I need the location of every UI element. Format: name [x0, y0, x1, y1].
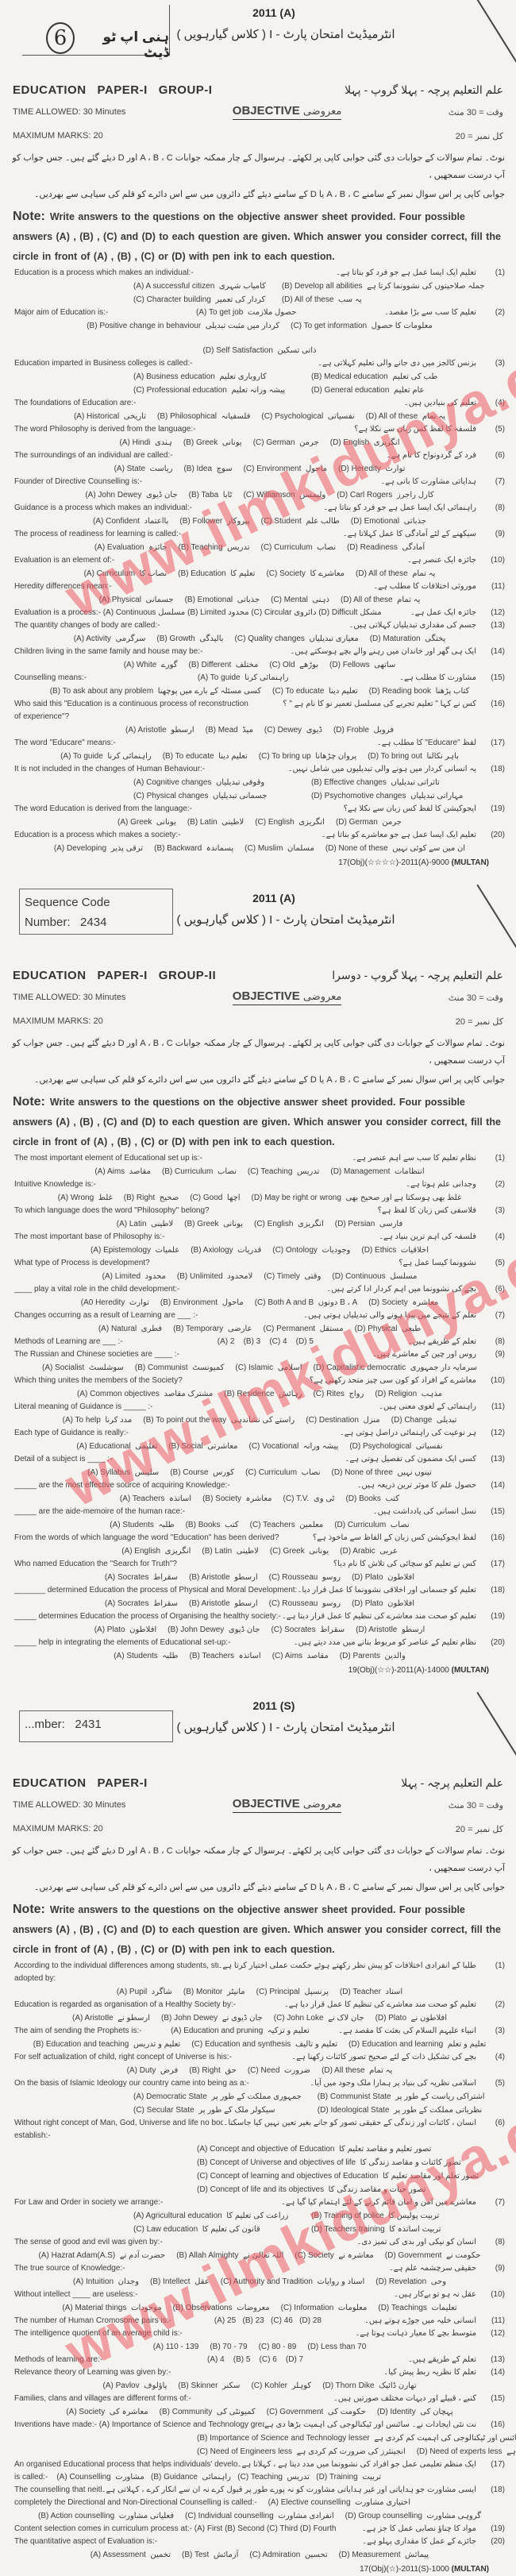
answer-option: (D) Maturation پختگی — [370, 632, 446, 646]
answer-options: (A) Material things موجودات(B) Observati… — [14, 2301, 505, 2315]
question-line: The number of Human Cromosome pairs is:-… — [14, 2315, 505, 2327]
answer-options: (A) Historical تاریخی(B) Philosophical ف… — [14, 410, 505, 423]
question-number: (1) — [487, 267, 505, 280]
question-text-urdu: بچے کی تشکیل ذات کے لئے صحیح تصور کائنات… — [291, 2051, 476, 2064]
question-text: Education is a process which makes a soc… — [14, 829, 181, 842]
answer-option: (C) Teachers معلمین — [250, 1518, 324, 1532]
instructions-note: Note:Write answers to the questions on t… — [8, 203, 508, 267]
note-urdu-line: نوٹ۔ تمام سوالات کے جوابات دی گئی جوابی … — [8, 1841, 508, 1877]
question-number: (14) — [487, 1479, 505, 1492]
question-item: It is not included in the changes of Hum… — [8, 763, 508, 803]
answer-option: (C) Both A and B دونوں B ، A — [255, 1296, 358, 1309]
question-text: The Russian and Chinese societies are __… — [14, 1348, 179, 1361]
answer-option: (B) Education تعلیم کا — [178, 567, 255, 580]
answer-option: (D) All of these یہ تمام — [341, 593, 420, 607]
question-text-urdu: عقل نہ ہو تو بےکار ہیں۔ — [394, 2289, 476, 2301]
answer-option: (C) Curriculum نصاب — [261, 541, 336, 554]
answer-option: (B) Develop all abilities جملہ صلاحیتوں … — [282, 280, 485, 293]
question-line: The most important base of Philosophy is… — [14, 1231, 505, 1244]
answer-option: (D) Concept of life and its objectives ت… — [197, 2183, 489, 2196]
answer-option: (C) Old بوڑھے — [269, 658, 318, 672]
answer-option: (C) Admiration تحسین — [249, 2548, 327, 2562]
answer-option: (C) Character building کردار کی تعمیر — [133, 293, 266, 307]
answer-option: (A) 110 - 139 — [153, 2340, 199, 2354]
paper-title-urdu: علم التعلیم پرچہ - پہلا گروپ - پہلا — [345, 83, 508, 97]
question-text-continued: of experience"? — [14, 711, 69, 723]
question-number: (20) — [487, 1637, 505, 1649]
maximum-marks: MAXIMUM MARKS: 20 — [13, 131, 103, 141]
question-text: The word "Educare" means:- — [14, 737, 116, 750]
question-urdu-group: جسم کی مقداری تبدیلیاں کہلاتی ہیں۔(13) — [349, 619, 505, 632]
question-line: Relevance theory of Learning was given b… — [14, 2366, 505, 2379]
note-text: Write answers to the questions on the ob… — [13, 1097, 501, 1147]
question-number: (11) — [487, 2315, 505, 2327]
question-text: Methods of Learning are ___ :- — [14, 1336, 123, 1348]
question-text: Relevance theory of Learning was given b… — [14, 2366, 171, 2379]
answer-option: (A) Hindi ہندی — [120, 436, 172, 449]
answer-option: (B) Allah Almighty اللہ تعالیٰ نے — [176, 2249, 283, 2262]
question-urdu-group: ہر نوعیت کی راہنمائی دراصل ہوتی ہے۔(12) — [340, 1427, 505, 1440]
answer-option: (A) Cognitive changes وقوفی تبدیلیاں — [133, 776, 295, 789]
question-item: Founder of Directive Counselling is:-ہدا… — [8, 476, 508, 502]
question-number: (6) — [487, 1283, 505, 1296]
exam-paper: Sequence CodeNumber: 24342011 (A)انٹرمیڈ… — [8, 885, 508, 1693]
exam-title-urdu: انٹرمیڈیٹ امتحان پارٹ - I ( کلاس گیارہوی… — [175, 912, 397, 927]
objective-label-urdu: معروضی — [303, 990, 342, 1002]
answer-option: (A) Pupil شاگرد — [117, 1985, 172, 1999]
question-number: (13) — [487, 2354, 505, 2366]
answer-option: (C) Mental ذہنی — [271, 593, 329, 607]
answer-option: (C) Curriculum نصاب — [245, 1466, 320, 1479]
answer-option: (A) Educational تعلیمی — [76, 1440, 157, 1453]
answer-option: (D) Capitalistic democratic سرمایہ دار ج… — [314, 1361, 477, 1375]
answer-option: (D) Teacher استاد — [340, 1985, 402, 1999]
answer-option: (C) John Loke جان لاک نے — [274, 2011, 364, 2025]
question-line: The quantity changes of body are called:… — [14, 619, 505, 632]
answer-option: (B) To point out the way راستے کی نشاندہ… — [143, 1413, 295, 1427]
answer-option: (D) Parents والدین — [340, 1649, 406, 1663]
question-number: (15) — [487, 2393, 505, 2405]
answer-option: (C) Principal پرنسپل — [256, 1985, 329, 1999]
question-text: Education is regarded as organisation of… — [14, 1999, 236, 2011]
answer-option: (B) Action counselling فعلیاتی مشاورت — [38, 2509, 174, 2523]
question-urdu-group: کس نے کہا " تعلیم تجربے کی مسلسل تعمیر ن… — [283, 698, 505, 711]
answer-option: (A) Assessment تخمین — [90, 2548, 171, 2562]
question-text: Each type of Guidance is really:- — [14, 1427, 129, 1440]
question-urdu-group: عقل نہ ہو تو بےکار ہیں۔(10) — [394, 2289, 505, 2301]
answer-option: (A) Aristotle ارسطو — [125, 723, 194, 737]
answer-option: (C) Physical changes جسمانی تبدیلیاں — [133, 789, 295, 803]
answer-options: (B) Positive change in behaviour کردار م… — [14, 319, 505, 357]
question-line: The Russian and Chinese societies are __… — [14, 1348, 505, 1361]
question-number: (14) — [487, 646, 505, 658]
answer-options: (A) English انگریزی(B) Latin لاطینی(C) G… — [14, 1544, 505, 1558]
answer-options: (B) Importance of Science and Technology… — [14, 2431, 505, 2458]
question-item: Counselling means:-(A) To guide راہنمائی… — [8, 672, 508, 698]
question-number: (20) — [487, 2536, 505, 2548]
answer-option: (C) Muslim مسلمان — [245, 842, 314, 855]
question-urdu-group: ہدایاتی مشاورت کا بانی ہے۔(7) — [380, 476, 505, 488]
question-text-urdu: نت نئی ایجادات نے۔ سائنس اور ٹیکنالوجی ک… — [264, 2419, 476, 2431]
question-item: The aim of sending the Prophets is:-(A) … — [8, 2025, 508, 2051]
answer-option: (D) None of three تینوں نہیں — [332, 1466, 432, 1479]
question-item: _____ are the most effective source of a… — [8, 1479, 508, 1506]
question-text-urdu: ایک ہی گھر اور خاندان میں رہنے والے بچے … — [290, 646, 476, 658]
answer-option: (A) Concept and objective of Education ت… — [197, 2142, 489, 2156]
question-text-continued: completely the Directional and Non-Direc… — [14, 2497, 410, 2509]
question-number: (8) — [487, 2236, 505, 2249]
question-text-urdu: تعلم کے طریقے ہیں۔ — [408, 1336, 476, 1348]
answer-option: (D) Self Satisfaction ذاتی تسکین — [203, 344, 317, 357]
answer-options: (A) White گورے(B) Different مختلف(C) Old… — [14, 658, 505, 672]
answer-option: (A) Education and pruning تعلیم و تزکیہ — [171, 2025, 310, 2038]
paper-header: 6ہنی اپ ٹو ڈیٹ2011 (A)انٹرمیڈیٹ امتحان پ… — [8, 0, 508, 79]
question-text: Guidance is a process which makes an ind… — [14, 502, 192, 515]
question-urdu-group: بچے کی تشکیل ذات کے لئے صحیح تصور کائنات… — [291, 2051, 505, 2064]
question-text-urdu: فلسفہ کا لفظ کس زبان سے نکلا ہے؟ — [354, 423, 476, 436]
answer-option: (A) Socialist سوشلسٹ — [42, 1361, 124, 1375]
answer-option: (D) Society معاشرہ — [368, 1296, 438, 1309]
question-line: Who said this "Education is a continuous… — [14, 698, 505, 711]
answer-option: (C) English انگریزی — [254, 1217, 324, 1231]
answer-option: (C) Teaching تدریس — [248, 1165, 319, 1178]
answer-option: (C) Need ضرورت — [248, 2064, 310, 2077]
answer-option: (B) Concept of Universe and objectives o… — [197, 2156, 489, 2169]
answer-option: (B) Aristotle ارسطو — [189, 1597, 258, 1610]
question-urdu-group: بچے کی نشوونما میں اہم کردار ادا کرتے ہی… — [326, 1283, 505, 1296]
answer-option: (C) Society معاشرے کا — [266, 567, 345, 580]
question-number: (4) — [487, 1231, 505, 1244]
answer-option: (C) To bring up پروان چڑھانا — [259, 750, 356, 763]
question-line: Inventions have made:- (A) Importance of… — [14, 2419, 505, 2431]
answer-option: (B) Society معاشرہ — [202, 1492, 271, 1506]
answer-option: (A) Students طلبہ — [114, 1649, 178, 1663]
question-item: An organised Educational process that he… — [8, 2458, 508, 2484]
question-item: Without right concept of Man, God, Unive… — [8, 2117, 508, 2196]
question-urdu-group: بزنس کالجز میں دی جانے والی تعلیم کہلاتی… — [318, 357, 505, 370]
question-item: Without intellect ____ are useless:-عقل … — [8, 2289, 508, 2315]
answer-option: (A) Confident بااعتماد — [93, 515, 168, 528]
note-label: Note: — [13, 1095, 45, 1109]
question-number: (8) — [487, 502, 505, 515]
question-line: For Law and Order in society we arrange:… — [14, 2196, 505, 2209]
answer-option: (A) Epistemology علمیات — [90, 1244, 179, 1257]
question-number: (15) — [487, 672, 505, 684]
answer-option: (C) Vocational پیشہ ورانہ — [249, 1440, 339, 1453]
exam-year: 2011 (A) — [8, 6, 508, 19]
answer-option: (D) Plato افلاطون — [352, 1597, 414, 1610]
answer-option: (C) Society معاشرہ نے — [295, 2249, 373, 2262]
question-number: (4) — [487, 397, 505, 410]
question-text-urdu: معاشرے میں امن و امان قائم کرنے کے لئے ا… — [281, 2196, 476, 2209]
question-text-urdu: وجدانی علم ہوتا ہے۔ — [406, 1178, 476, 1191]
answer-option: (C) Concept of learning and objectives o… — [197, 2169, 489, 2183]
answer-option: (A) Pavlov پاؤلوف — [102, 2379, 167, 2393]
footer-city: (MULTAN) — [452, 858, 489, 867]
question-line: The most important element of Educationa… — [14, 1152, 505, 1165]
answer-option: (C) Greek یونانی — [270, 1544, 329, 1558]
question-number: (5) — [487, 423, 505, 436]
question-text-urdu: جائزہ ایک عمل ہے۔ — [410, 607, 476, 619]
question-urdu-group: نشوونما کیسا عمل ہے؟(5) — [399, 1257, 505, 1270]
question-urdu-group: معاشرے کے افراد کو کون سی چیز متحد رکھتی… — [310, 1375, 505, 1387]
question-line-continued: establish:- — [14, 2130, 505, 2142]
question-text-urdu: تعلم کے طریقے ہیں۔ — [408, 2354, 476, 2366]
answer-option: (B) Training of police تربیت پولیس کا — [311, 2209, 473, 2223]
answer-option: (C) Law education قانون کی تعلیم کا — [133, 2223, 295, 2236]
question-text-urdu: حقیقی سرچشمہ علم ہے۔ — [389, 2262, 476, 2275]
answer-option: (A) White گورے — [124, 658, 178, 672]
question-text-urdu: تعلیم کو صحت مند معاشرے کی تنظیم کا عمل … — [282, 1610, 476, 1623]
answer-option: (D) Plato افلاطون نے — [375, 2011, 447, 2025]
question-text-urdu: نظام تعلیم کا سب سے اہم عنصر ہے۔ — [352, 1152, 476, 1165]
question-line: The aim of sending the Prophets is:-(A) … — [14, 2025, 505, 2038]
answer-option: (D) None of these ان میں سے کوئی نہیں — [325, 842, 465, 855]
answer-option: (C) T.V. ٹی وی — [283, 1492, 335, 1506]
question-text: Education is a process which makes an in… — [14, 267, 194, 280]
answer-option: (C) Socrates سقراط — [271, 1623, 345, 1637]
question-item: The number of Human Cromosome pairs is:-… — [8, 2315, 508, 2327]
answer-option: (B) Environment ماحول — [160, 1296, 244, 1309]
answer-option: (A) Evaluation جائزہ — [94, 541, 168, 554]
question-number: (20) — [487, 829, 505, 842]
question-line: Without intellect ____ are useless:-عقل … — [14, 2289, 505, 2301]
question-text: The quantity changes of body are called:… — [14, 619, 160, 632]
answer-option: (D) Ethics اخلاقیات — [361, 1244, 429, 1257]
sequence-code-box: ...mber: 2431 — [19, 1710, 173, 1742]
question-item: Which thing unites the members of the So… — [8, 1375, 508, 1401]
question-text-urdu: سیکھنے کے لئے آمادگی کا عمل کہلاتا ہے۔ — [343, 528, 476, 541]
question-text: What type of Process is development? — [14, 1257, 150, 1270]
question-item: For self actualization of child, right c… — [8, 2051, 508, 2077]
answer-option: (A) Duty فرض — [127, 2064, 179, 2077]
question-urdu-group: فرد کے گردونواح کا نام ہے۔(6) — [387, 449, 505, 462]
answer-option: (C) To get information معلومات کا حصول — [291, 319, 433, 333]
question-number: (9) — [487, 2262, 505, 2275]
question-number: (7) — [487, 2196, 505, 2209]
answer-option: (A) 2 (B) 3 (C) 4 (D) 5 — [218, 1336, 314, 1348]
answer-option: (A) English انگریزی — [121, 1544, 191, 1558]
question-number: (2) — [487, 1178, 505, 1191]
answer-options: (A) Students طلبہ(B) Books کتب(C) Teache… — [14, 1518, 505, 1532]
question-text: Detail of a subject is ____ :- — [14, 1453, 112, 1466]
answer-option: (A) Curriculum نصاب کا — [84, 567, 168, 580]
question-urdu-group: انسانی خلیہ میں جوڑے ہوتے ہیں۔(11) — [364, 2315, 505, 2327]
question-text: Content selection comes in curriculum pr… — [14, 2523, 337, 2536]
question-urdu-group: لفظ ایجوکیشن کس زبان کے الفاظ سے ماخوذ ہ… — [313, 1532, 505, 1544]
question-line: What type of Process is development?نشوو… — [14, 1257, 505, 1270]
answer-option: (C) To educate تعلیم دینا — [272, 684, 358, 698]
answer-option: (B) To educate تعلیم دینا — [163, 750, 248, 763]
question-number: (4) — [487, 2051, 505, 2064]
answer-option: (C) Individual counselling انفرادی مشاور… — [185, 2509, 334, 2523]
answer-options: (A) Agricultural education زراعت کی تعلی… — [14, 2209, 505, 2236]
question-line: The sense of good and evil was given by:… — [14, 2236, 505, 2249]
question-line: To which language does the word "Philoso… — [14, 1205, 505, 1217]
answer-option: (C) Rites رواج — [313, 1387, 364, 1401]
question-text-urdu: بزنس کالجز میں دی جانے والی تعلیم کہلاتی… — [318, 357, 476, 370]
question-line: _____ are the aide-memoire of the human … — [14, 1506, 505, 1518]
answer-option: (D) Readiness آمادگی — [347, 541, 425, 554]
question-text-urdu: ہدایاتی مشاورت کا بانی ہے۔ — [380, 476, 476, 488]
answer-options: (B) Action counselling فعلیاتی مشاورت(C)… — [14, 2509, 505, 2523]
question-text-urdu: تعلیم کو جسمانی اور اخلاقی نشوونما کا عم… — [297, 1584, 476, 1597]
answer-option: (C) Government حکومت کی — [267, 2405, 366, 2419]
answer-options: (A) Business education کاروباری تعلیم(B)… — [14, 370, 505, 397]
question-text-urdu: نسل انسانی کی یادداشت ہیں۔ — [373, 1506, 476, 1518]
question-urdu-group: انسان کو نیکی اور بدی کی تمیز دی۔(8) — [356, 2236, 505, 2249]
question-text-continued: adopted by: — [14, 1972, 56, 1985]
answer-option: (B) Community کمیونٹی کی — [160, 2405, 256, 2419]
question-text-urdu: فلاسفی کس زبان کا لفظ ہے؟ — [378, 1205, 476, 1217]
question-item: On the basis of Islamic Ideology our cou… — [8, 2077, 508, 2117]
question-line: _____ help in integrating the elements o… — [14, 1637, 505, 1649]
question-text-continued: is called:- (A) Counselling مشاورت (B) G… — [14, 2471, 381, 2484]
question-number: (9) — [487, 528, 505, 541]
question-text-urdu: ایسی مشاورت جو ہدایاتی اور غیر ہدایاتی م… — [102, 2484, 476, 2497]
objective-heading: OBJECTIVEمعروضی — [233, 989, 342, 1005]
question-text: The true source of Knowledge:- — [14, 2262, 125, 2275]
question-urdu-group: تعلیم ایک ایسا عمل ہے جو معاشرے کو بناتا… — [322, 829, 505, 842]
answer-option: (D) Change تبدیلی — [391, 1413, 457, 1427]
paper-header: ...mber: 24312011 (S)انٹرمیڈیٹ امتحان پا… — [8, 1693, 508, 1772]
answer-options: (A0 Heredity توارث(B) Environment ماحول(… — [14, 1296, 505, 1309]
question-text: Children living in the same family and h… — [14, 646, 202, 658]
question-line: _______ determined Education the process… — [14, 1584, 505, 1597]
question-line: According to the individual differences … — [14, 1960, 505, 1972]
question-item: Education imparted in Business colleges … — [8, 357, 508, 397]
question-line: Education is a process which makes an in… — [14, 267, 505, 280]
question-item: The quantitative aspect of Evaluation is… — [8, 2536, 508, 2562]
question-text: _______ determined Education the process… — [14, 1584, 297, 1597]
question-item: The process of readiness for learning is… — [8, 528, 508, 554]
answer-option: (B) Different مختلف — [189, 658, 259, 672]
answer-option: (D) Persian فارسی — [335, 1217, 403, 1231]
question-text-urdu: لفظ ایجوکیشن کس زبان کے الفاظ سے ماخوذ ہ… — [313, 1532, 476, 1544]
answer-option: (B) Skinner سکنر — [178, 2379, 240, 2393]
paper-title: EDUCATION PAPER-I — [8, 1776, 148, 1790]
answer-options: (A) Aristotle ارسطو(B) Mead میڈ(C) Dewey… — [14, 723, 505, 737]
answer-option: (C) Student طالب علم — [261, 515, 340, 528]
paper-header: Sequence CodeNumber: 24342011 (A)انٹرمیڈ… — [8, 885, 508, 965]
question-line: The intelligence quotient of an average … — [14, 2327, 505, 2340]
answer-option: (B) Residence رہائش — [224, 1387, 302, 1401]
answer-option: (B) Importance of Science and Technology… — [197, 2431, 489, 2445]
note-text: Write answers to the questions on the ob… — [13, 211, 501, 262]
question-item: The surroundings of an individual are ca… — [8, 449, 508, 476]
answer-option: (C) Islamic اسلامی — [235, 1361, 302, 1375]
question-item: _____ help in integrating the elements o… — [8, 1637, 508, 1663]
question-number: (5) — [487, 2077, 505, 2090]
answer-option: (C) Ontology وجودیات — [272, 1244, 350, 1257]
answer-option: (B) To ask about any problem کسی مسئلہ ک… — [50, 684, 261, 698]
question-urdu-group: نظام تعلیم کا سب سے اہم عنصر ہے۔(1) — [352, 1152, 505, 1165]
answer-option: (C) Rousseau روسو — [269, 1571, 341, 1584]
question-item: The word Philosophy is derived from the … — [8, 423, 508, 449]
answer-option: (C) English انگریزی — [255, 816, 325, 829]
answer-options: (A) Pavlov پاؤلوف(B) Skinner سکنر(C) Koh… — [14, 2379, 505, 2393]
question-item: Content selection comes in curriculum pr… — [8, 2523, 508, 2536]
question-line-continued: of experience"? — [14, 711, 505, 723]
answer-option: (B) Idea سوچ — [183, 462, 232, 476]
question-number: (6) — [487, 449, 505, 462]
answer-option: (D) All of these یہ تمام — [366, 410, 445, 423]
answer-options: (A) Common objectives مشترک مقاصد(B) Res… — [14, 1387, 505, 1401]
time-allowed: TIME ALLOWED: 30 Minutes — [13, 1800, 125, 1810]
answer-options: (B) Education and teaching تعلیم و تدریس… — [14, 2038, 505, 2051]
answer-option: (B) Latin لاطینی — [202, 1544, 258, 1558]
answer-option: (A) Material things موجودات — [62, 2301, 161, 2315]
question-line: Guidance is a process which makes an ind… — [14, 502, 505, 515]
question-line: Families, clans and villages are differe… — [14, 2393, 505, 2405]
question-urdu-group: تعلیم کا سب سے بڑا مقصد۔(2) — [384, 307, 505, 319]
exam-year: 2011 (A) — [8, 892, 508, 904]
answer-option: (A) To guide راہنمائی کرنا — [198, 672, 289, 684]
answer-option: (A) Socrates سقراط — [105, 1571, 178, 1584]
question-number: (11) — [487, 1401, 505, 1413]
answer-option: (A) Socrates سقراط — [105, 1597, 178, 1610]
question-number: (16) — [487, 698, 505, 711]
answer-options: (A) Pupil شاگرد(B) Monitor مانیٹر(C) Pri… — [14, 1985, 505, 1999]
question-urdu-group: انسان ، کائنات اور زندگی کے حقیقی تصور ک… — [223, 2117, 505, 2130]
instructions-note: Note:Write answers to the questions on t… — [8, 1896, 508, 1960]
question-text: Evaluation is a process:- (A) Continuous… — [14, 607, 382, 619]
marks-row: MAXIMUM MARKS: 20کل نمبر = 20 — [8, 1009, 508, 1033]
question-text-urdu: کسی ایک مضمون کی تفصیل ہوتی ہے۔ — [345, 1453, 476, 1466]
note-urdu-line: جوابی کاپی پر اس سوال نمبر کے سامنے A ، … — [8, 1070, 508, 1089]
note-urdu-line: نوٹ۔ تمام سوالات کے جوابات دی گئی جوابی … — [8, 1033, 508, 1070]
question-urdu-group: ایسی مشاورت جو ہدایاتی اور غیر ہدایاتی م… — [102, 2484, 505, 2497]
objective-label: OBJECTIVE — [233, 989, 300, 1003]
sequence-number-label: Number: — [25, 916, 71, 929]
question-item: Children living in the same family and h… — [8, 646, 508, 672]
question-number: (19) — [487, 803, 505, 816]
question-item: The word Education is derived from the l… — [8, 803, 508, 829]
question-urdu-group: کس نے تعلیم کو سچائی کی تلاش کا نام دیا؟… — [333, 1558, 505, 1571]
note-text: Write answers to the questions on the ob… — [13, 1904, 501, 1955]
question-urdu-group: نسل انسانی کی یادداشت ہیں۔(15) — [373, 1506, 505, 1518]
answer-options: (A) Socrates سقراط(B) Aristotle ارسطو(C)… — [14, 1571, 505, 1584]
answer-option: (D) Continuous مسلسل — [332, 1270, 417, 1283]
answer-option: (B) Temporary عارضی — [173, 1322, 252, 1336]
question-number: (15) — [487, 1506, 505, 1518]
answer-option: (D) All these یہ تمام — [322, 2064, 392, 2077]
answer-option: (C) Destination منزل — [306, 1413, 379, 1427]
badge-urdu-label: ہنی اپ ٹو ڈیٹ — [78, 29, 169, 61]
answer-option: (D) Emotional جذباتی — [351, 515, 426, 528]
answer-options: (A) Intuition وجدان(B) Intellect عقل(C) … — [14, 2275, 505, 2289]
question-number: (16) — [487, 2419, 505, 2431]
question-text-urdu: تعلیم کو صحت مند معاشرے کی تنظیم کا عمل … — [284, 1999, 476, 2011]
answer-option: (C) Information معلومات — [281, 2301, 368, 2315]
question-text: For Law and Order in society we arrange:… — [14, 2196, 163, 2209]
question-text-urdu: ہر نوعیت کی راہنمائی دراصل ہوتی ہے۔ — [340, 1427, 476, 1440]
answer-option: (B) Latin لاطینی — [187, 816, 244, 829]
question-item: Methods of learning are:-(A) 4 (B) 5 (C)… — [8, 2354, 508, 2366]
answer-option: (B) Curriculum نصاب — [162, 1165, 237, 1178]
answer-option: (D) Group counselling گروہی مشاورت — [345, 2509, 481, 2523]
footer-code: 19(Obj)(☆☆)-2011(A)-14000 — [348, 1666, 449, 1675]
question-text-urdu: کنبے ، قبیلے اور دیہات مختلف صورتیں ہیں۔ — [333, 2393, 476, 2405]
answer-option: (A) Plato افلاطون — [94, 1623, 156, 1637]
question-text: _____ determines Education the process o… — [14, 1610, 281, 1623]
question-text-continued: establish:- — [14, 2130, 51, 2142]
answer-option: (A) Aims مقاصد — [94, 1165, 151, 1178]
paper-footer-code: 17(Obj)(☆☆☆☆)-2011(A)-9000 (MULTAN) — [8, 855, 508, 870]
question-urdu-group: جائزہ ایک عنصر ہے۔(10) — [407, 554, 505, 567]
question-text: Methods of learning are:- — [14, 2354, 102, 2366]
question-line: Evaluation is a process:- (A) Continuous… — [14, 607, 505, 619]
